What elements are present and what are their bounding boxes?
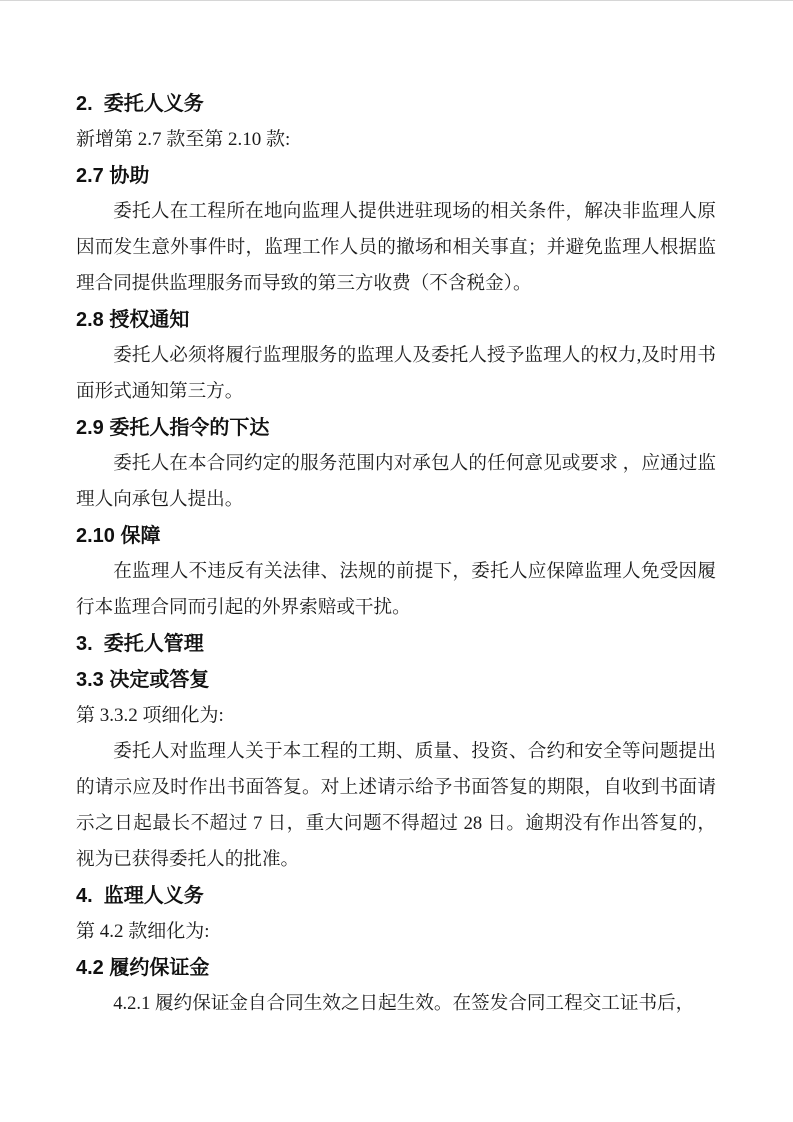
body-paragraph: 4.2.1 履约保证金自合同生效之日起生效。在签发合同工程交工证书后， [76, 986, 716, 1022]
document-content: 2. 委托人义务新增第 2.7 款至第 2.10 款:2.7 协助委托人在工程所… [76, 86, 716, 1022]
section-heading: 2. 委托人义务 [76, 86, 716, 122]
body-paragraph: 委托人必须将履行监理服务的监理人及委托人授予监理人的权力,及时用书面形式通知第三… [76, 338, 716, 410]
section-heading: 3. 委托人管理 [76, 626, 716, 662]
body-paragraph: 委托人在本合同约定的服务范围内对承包人的任何意见或要求 ，应通过监理人向承包人提… [76, 446, 716, 518]
clause-heading: 4.2 履约保证金 [76, 950, 716, 986]
body-paragraph: 委托人在工程所在地向监理人提供进驻现场的相关条件，解决非监理人原因而发生意外事件… [76, 194, 716, 302]
clause-heading: 2.9 委托人指令的下达 [76, 410, 716, 446]
body-paragraph: 在监理人不违反有关法律、法规的前提下，委托人应保障监理人免受因履行本监理合同而引… [76, 554, 716, 626]
body-paragraph: 委托人对监理人关于本工程的工期、质量、投资、合约和安全等问题提出的请示应及时作出… [76, 734, 716, 878]
body-line: 新增第 2.7 款至第 2.10 款: [76, 122, 716, 158]
body-line: 第 4.2 款细化为: [76, 914, 716, 950]
document-page: 2. 委托人义务新增第 2.7 款至第 2.10 款:2.7 协助委托人在工程所… [0, 0, 793, 1122]
clause-heading: 2.7 协助 [76, 158, 716, 194]
section-heading: 4. 监理人义务 [76, 878, 716, 914]
clause-heading: 2.8 授权通知 [76, 302, 716, 338]
clause-heading: 3.3 决定或答复 [76, 662, 716, 698]
body-line: 第 3.3.2 项细化为: [76, 698, 716, 734]
scan-edge-line [0, 0, 793, 1]
clause-heading: 2.10 保障 [76, 518, 716, 554]
